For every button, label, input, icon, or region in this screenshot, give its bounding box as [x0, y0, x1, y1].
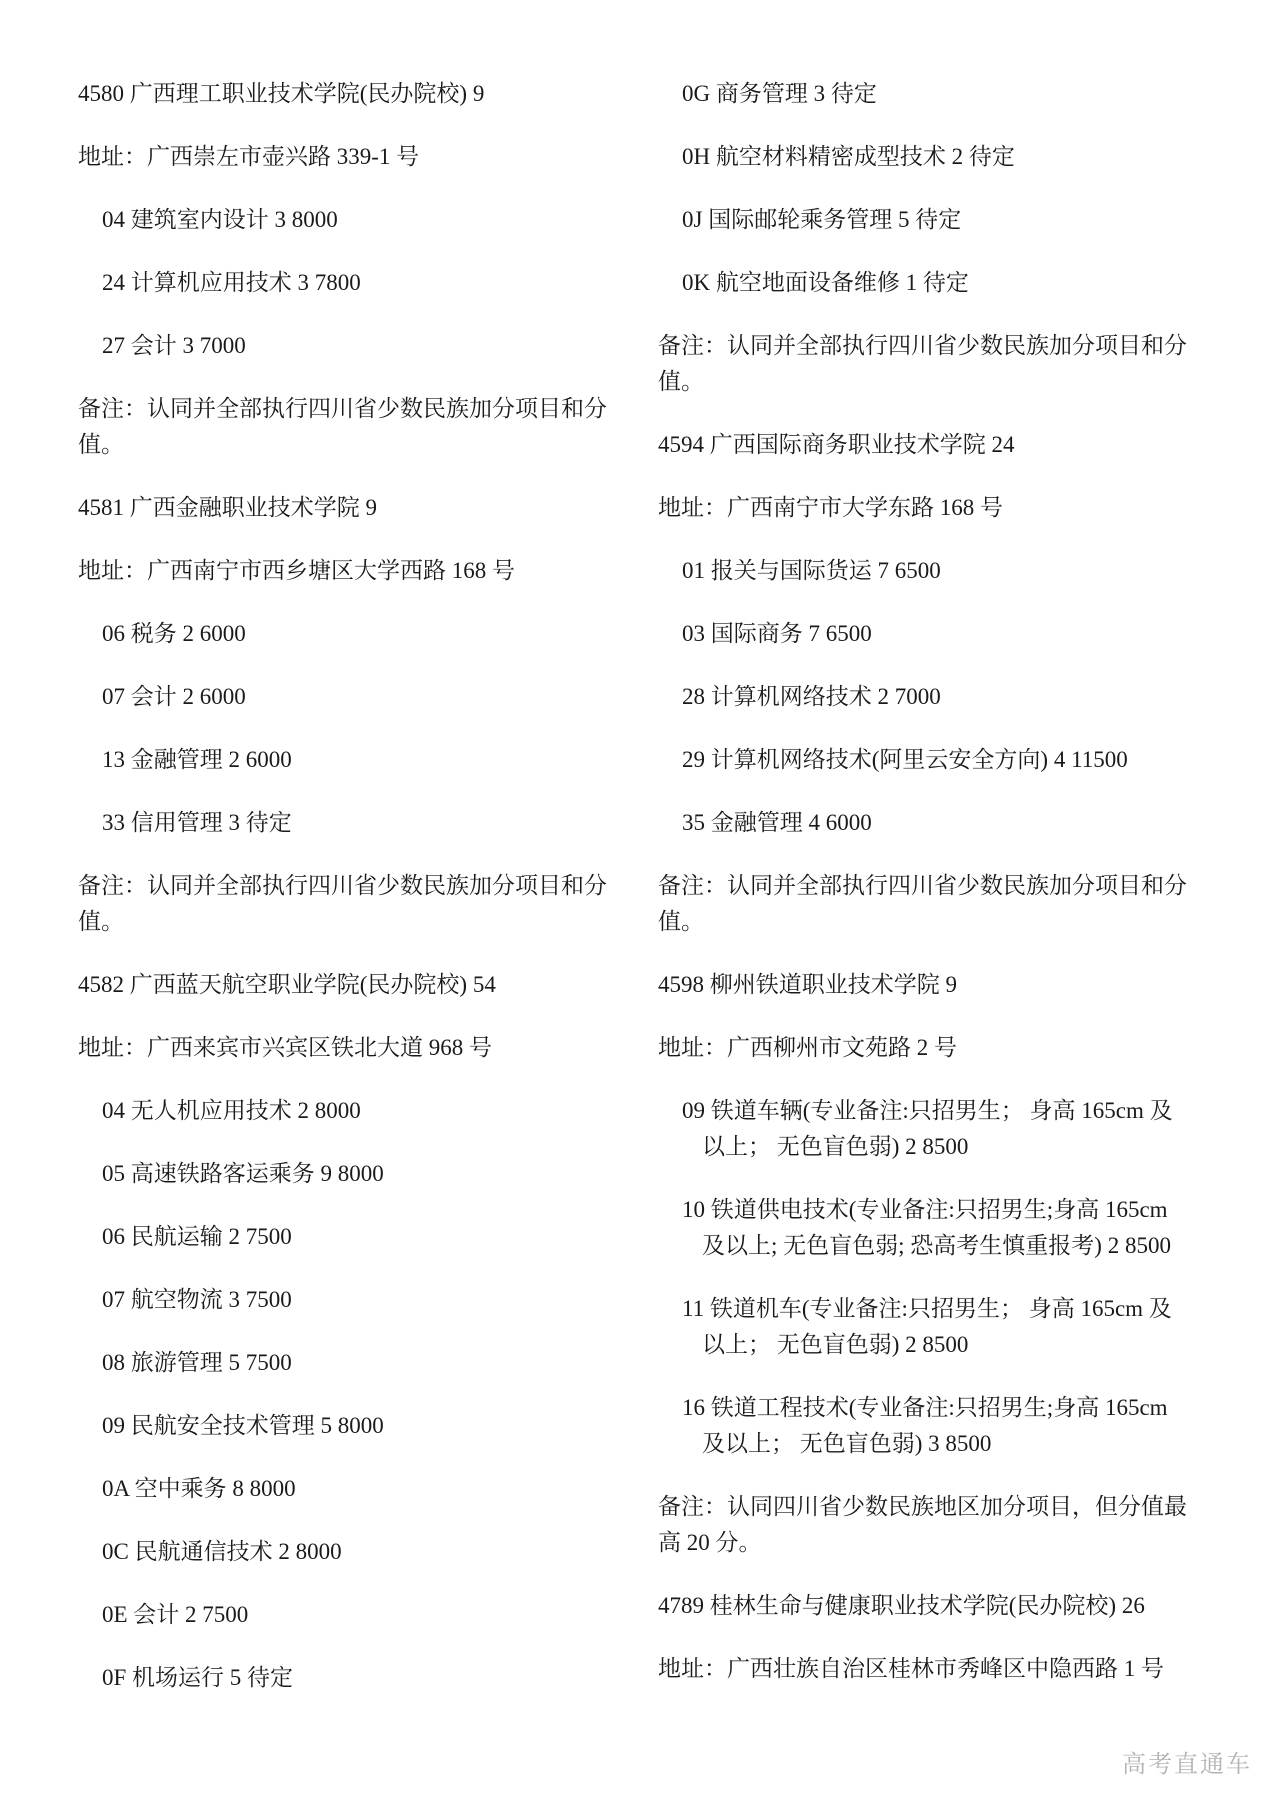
- note-line: 备注：认同并全部执行四川省少数民族加分项目和分 值。: [78, 868, 626, 940]
- left-column: 4580 广西理工职业技术学院(民办院校) 9 地址：广西崇左市壶兴路 339-…: [78, 76, 626, 1723]
- document-page: { "page": { "background": "#ffffff", "te…: [0, 0, 1280, 1810]
- major-line: 24 计算机应用技术 3 7800: [78, 265, 626, 301]
- major-line: 35 金融管理 4 6000: [658, 805, 1218, 841]
- major-line: 16 铁道工程技术(专业备注:只招男生;身高 165cm 及以上； 无色盲色弱)…: [658, 1390, 1218, 1462]
- school-entry: 4598 柳州铁道职业技术学院 9: [658, 967, 1218, 1003]
- major-line: 10 铁道供电技术(专业备注:只招男生;身高 165cm 及以上; 无色盲色弱;…: [658, 1192, 1218, 1264]
- major-line: 0F 机场运行 5 待定: [78, 1660, 626, 1696]
- address-line: 地址：广西南宁市西乡塘区大学西路 168 号: [78, 553, 626, 589]
- major-line: 11 铁道机车(专业备注:只招男生； 身高 165cm 及 以上； 无色盲色弱)…: [658, 1291, 1218, 1363]
- school-entry: 4580 广西理工职业技术学院(民办院校) 9: [78, 76, 626, 112]
- right-column: 0G 商务管理 3 待定 0H 航空材料精密成型技术 2 待定 0J 国际邮轮乘…: [658, 76, 1218, 1714]
- major-line: 07 航空物流 3 7500: [78, 1282, 626, 1318]
- school-entry: 4789 桂林生命与健康职业技术学院(民办院校) 26: [658, 1588, 1218, 1624]
- major-line: 05 高速铁路客运乘务 9 8000: [78, 1156, 626, 1192]
- note-line: 备注：认同四川省少数民族地区加分项目，但分值最 高 20 分。: [658, 1489, 1218, 1561]
- note-line: 备注：认同并全部执行四川省少数民族加分项目和分 值。: [78, 391, 626, 463]
- major-line: 06 民航运输 2 7500: [78, 1219, 626, 1255]
- major-line: 0C 民航通信技术 2 8000: [78, 1534, 626, 1570]
- major-line: 04 无人机应用技术 2 8000: [78, 1093, 626, 1129]
- note-line: 备注：认同并全部执行四川省少数民族加分项目和分 值。: [658, 868, 1218, 940]
- major-line: 03 国际商务 7 6500: [658, 616, 1218, 652]
- address-line: 地址：广西壮族自治区桂林市秀峰区中隐西路 1 号: [658, 1651, 1218, 1687]
- major-line: 0A 空中乘务 8 8000: [78, 1471, 626, 1507]
- school-entry: 4594 广西国际商务职业技术学院 24: [658, 427, 1218, 463]
- school-entry: 4581 广西金融职业技术学院 9: [78, 490, 626, 526]
- school-entry: 4582 广西蓝天航空职业学院(民办院校) 54: [78, 967, 626, 1003]
- major-line: 01 报关与国际货运 7 6500: [658, 553, 1218, 589]
- major-line: 08 旅游管理 5 7500: [78, 1345, 626, 1381]
- watermark: 高考直通车: [1122, 1744, 1252, 1779]
- major-line: 04 建筑室内设计 3 8000: [78, 202, 626, 238]
- address-line: 地址：广西崇左市壶兴路 339-1 号: [78, 139, 626, 175]
- major-line: 0H 航空材料精密成型技术 2 待定: [658, 139, 1218, 175]
- major-line: 09 铁道车辆(专业备注:只招男生； 身高 165cm 及 以上； 无色盲色弱)…: [658, 1093, 1218, 1165]
- address-line: 地址：广西来宾市兴宾区铁北大道 968 号: [78, 1030, 626, 1066]
- major-line: 33 信用管理 3 待定: [78, 805, 626, 841]
- major-line: 0E 会计 2 7500: [78, 1597, 626, 1633]
- major-line: 0K 航空地面设备维修 1 待定: [658, 265, 1218, 301]
- major-line: 27 会计 3 7000: [78, 328, 626, 364]
- major-line: 07 会计 2 6000: [78, 679, 626, 715]
- note-line: 备注：认同并全部执行四川省少数民族加分项目和分 值。: [658, 328, 1218, 400]
- major-line: 13 金融管理 2 6000: [78, 742, 626, 778]
- major-line: 29 计算机网络技术(阿里云安全方向) 4 11500: [658, 742, 1218, 778]
- address-line: 地址：广西柳州市文苑路 2 号: [658, 1030, 1218, 1066]
- major-line: 0G 商务管理 3 待定: [658, 76, 1218, 112]
- major-line: 09 民航安全技术管理 5 8000: [78, 1408, 626, 1444]
- major-line: 28 计算机网络技术 2 7000: [658, 679, 1218, 715]
- address-line: 地址：广西南宁市大学东路 168 号: [658, 490, 1218, 526]
- major-line: 06 税务 2 6000: [78, 616, 626, 652]
- major-line: 0J 国际邮轮乘务管理 5 待定: [658, 202, 1218, 238]
